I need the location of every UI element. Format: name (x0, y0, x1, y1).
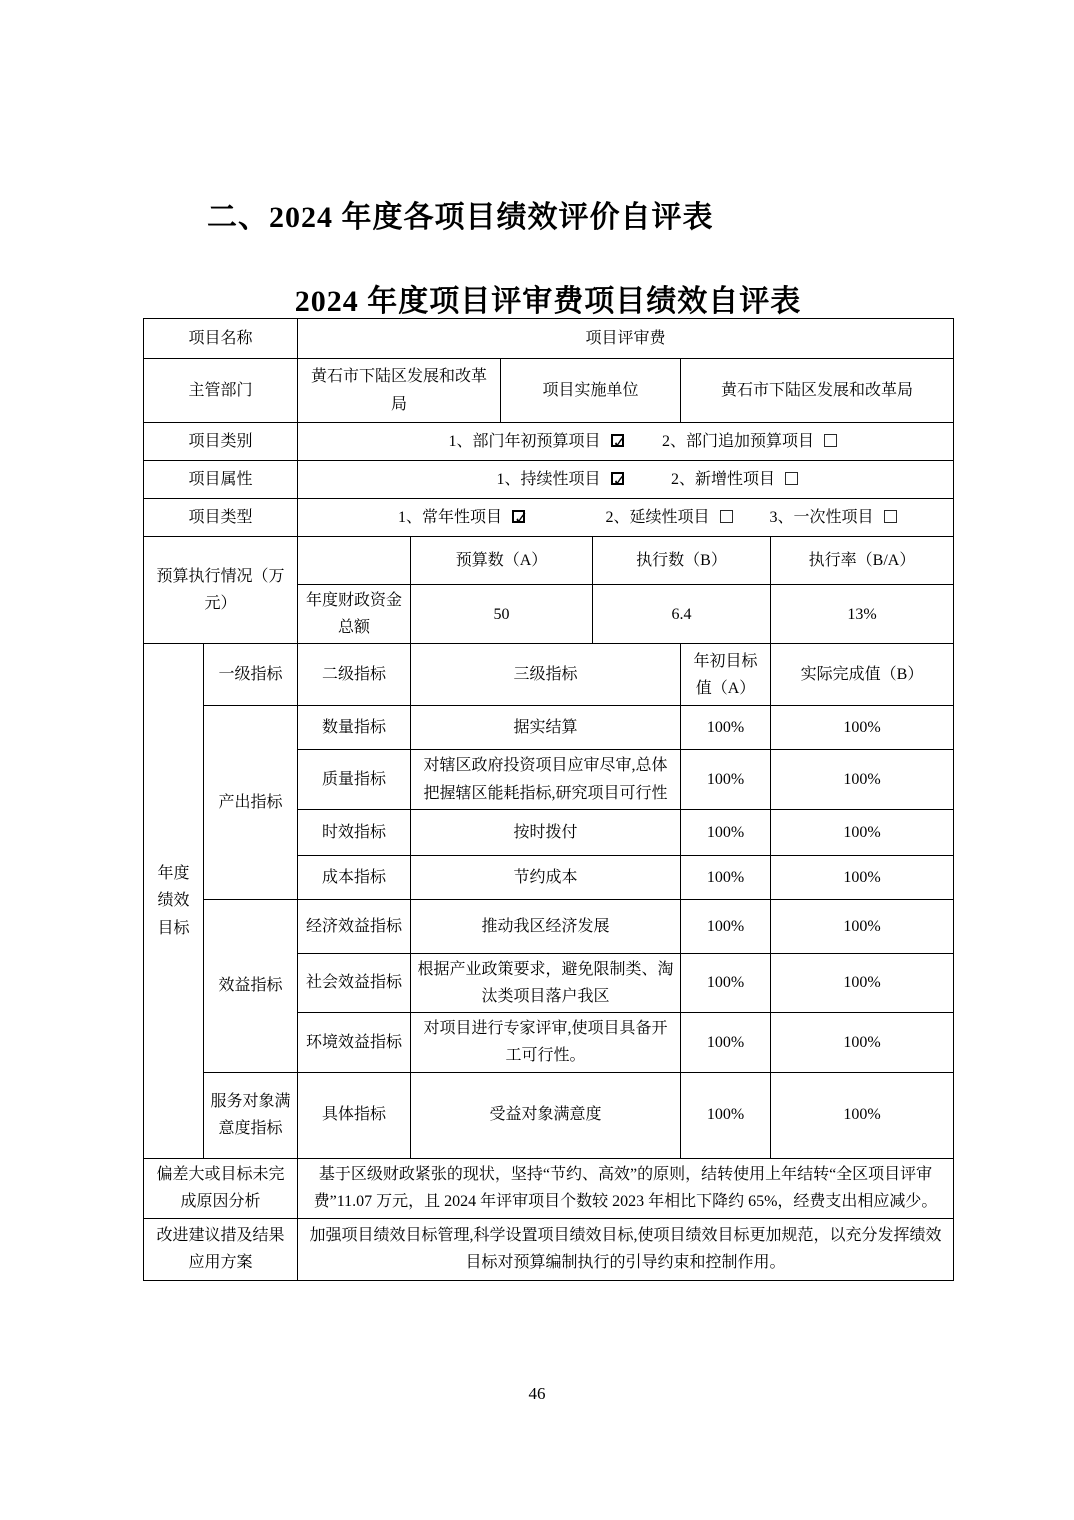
category-label: 项目类别 (144, 423, 298, 461)
indicator-target: 100% (681, 809, 771, 855)
indicator-target: 100% (681, 855, 771, 899)
header-target: 年初目标值（A） (681, 644, 771, 706)
group-satisfaction: 服务对象满意度指标 (204, 1072, 298, 1158)
budget-col-budget: 预算数（A） (411, 537, 593, 585)
checkbox-unchecked-icon (884, 510, 897, 523)
indicator-l3: 推动我区经济发展 (411, 899, 681, 953)
group-output: 产出指标 (204, 706, 298, 899)
indicator-actual: 100% (771, 855, 954, 899)
indicator-l2: 经济效益指标 (298, 899, 411, 953)
indicator-target: 100% (681, 706, 771, 750)
deviation-label: 偏差大或目标未完成原因分析 (144, 1158, 298, 1218)
attribute-label: 项目属性 (144, 461, 298, 499)
indicator-row: 产出指标 数量指标 据实结算 100% 100% (144, 706, 954, 750)
indicator-actual: 100% (771, 750, 954, 809)
indicator-l2: 质量指标 (298, 750, 411, 809)
category-option-1: 1、部门年初预算项目 (414, 428, 658, 455)
type-label: 项目类型 (144, 499, 298, 537)
indicator-target: 100% (681, 953, 771, 1012)
section-title: 二、2024 年度各项目绩效评价自评表 (207, 192, 714, 236)
checkbox-unchecked-icon (824, 434, 837, 447)
group-benefit: 效益指标 (204, 899, 298, 1072)
type-option-1: 1、常年性项目 (355, 504, 569, 531)
indicator-l3: 根据产业政策要求，避免限制类、淘汰类项目落户我区 (411, 953, 681, 1012)
deviation-text: 基于区级财政紧张的现状，坚持“节约、高效”的原则，结转使用上年结转“全区项目评审… (298, 1158, 954, 1218)
indicator-actual: 100% (771, 1013, 954, 1072)
checkbox-unchecked-icon (720, 510, 733, 523)
rate-value: 13% (771, 585, 954, 644)
indicator-actual: 100% (771, 809, 954, 855)
attribute-option-1: 1、持续性项目 (453, 466, 667, 493)
indicator-l3: 据实结算 (411, 706, 681, 750)
indicator-target: 100% (681, 899, 771, 953)
exec-value: 6.4 (593, 585, 771, 644)
attribute-option-2: 2、新增性项目 (671, 466, 798, 493)
indicator-l2: 社会效益指标 (298, 953, 411, 1012)
header-l3: 三级指标 (411, 644, 681, 706)
indicator-row: 服务对象满意度指标 具体指标 受益对象满意度 100% 100% (144, 1072, 954, 1158)
indicator-l3: 节约成本 (411, 855, 681, 899)
impl-unit-value: 黄石市下陆区发展和改革局 (681, 359, 954, 423)
budget-row-label: 年度财政资金总额 (298, 585, 411, 644)
attribute-options: 1、持续性项目 2、新增性项目 (298, 461, 954, 499)
indicator-l2: 成本指标 (298, 855, 411, 899)
improvement-text: 加强项目绩效目标管理,科学设置项目绩效目标,使项目绩效目标更加规范，以充分发挥绩… (298, 1218, 954, 1280)
type-options: 1、常年性项目 2、延续性项目 3、一次性项目 (298, 499, 954, 537)
indicator-l3: 对项目进行专家评审,使项目具备开工可行性。 (411, 1013, 681, 1072)
category-option-2: 2、部门追加预算项目 (662, 428, 837, 455)
indicator-row: 效益指标 经济效益指标 推动我区经济发展 100% 100% (144, 899, 954, 953)
indicator-l2: 时效指标 (298, 809, 411, 855)
checkbox-checked-icon (611, 434, 624, 447)
category-options: 1、部门年初预算项目 2、部门追加预算项目 (298, 423, 954, 461)
budget-empty-cell (298, 537, 411, 585)
header-l2: 二级指标 (298, 644, 411, 706)
indicator-actual: 100% (771, 899, 954, 953)
header-actual: 实际完成值（B） (771, 644, 954, 706)
indicator-l2: 具体指标 (298, 1072, 411, 1158)
project-name-value: 项目评审费 (298, 319, 954, 359)
budget-section-label: 预算执行情况（万元） (144, 537, 298, 644)
indicator-target: 100% (681, 1072, 771, 1158)
budget-value: 50 (411, 585, 593, 644)
dept-label: 主管部门 (144, 359, 298, 423)
indicator-target: 100% (681, 750, 771, 809)
type-option-2: 2、延续性项目 (573, 504, 766, 531)
page-number: 46 (0, 1384, 1074, 1404)
checkbox-checked-icon (512, 510, 525, 523)
indicator-l2: 数量指标 (298, 706, 411, 750)
indicator-actual: 100% (771, 1072, 954, 1158)
dept-value: 黄石市下陆区发展和改革局 (298, 359, 501, 423)
indicator-l2: 环境效益指标 (298, 1013, 411, 1072)
indicator-l3: 对辖区政府投资项目应审尽审,总体把握辖区能耗指标,研究项目可行性 (411, 750, 681, 809)
budget-col-exec: 执行数（B） (593, 537, 771, 585)
indicator-l3: 受益对象满意度 (411, 1072, 681, 1158)
annual-target-side-label: 年度绩效目标 (144, 644, 204, 1158)
document-page: 二、2024 年度各项目绩效评价自评表 2024 年度项目评审费项目绩效自评表 … (0, 0, 1074, 1520)
table-title: 2024 年度项目评审费项目绩效自评表 (143, 276, 953, 320)
indicator-actual: 100% (771, 953, 954, 1012)
indicator-l3: 按时拨付 (411, 809, 681, 855)
indicator-target: 100% (681, 1013, 771, 1072)
checkbox-unchecked-icon (785, 472, 798, 485)
self-evaluation-table: 项目名称 项目评审费 主管部门 黄石市下陆区发展和改革局 项目实施单位 黄石市下… (143, 318, 954, 1281)
indicator-actual: 100% (771, 706, 954, 750)
checkbox-checked-icon (611, 472, 624, 485)
impl-unit-label: 项目实施单位 (501, 359, 681, 423)
header-l1: 一级指标 (204, 644, 298, 706)
project-name-label: 项目名称 (144, 319, 298, 359)
type-option-3: 3、一次性项目 (770, 504, 897, 531)
improvement-label: 改进建议措及结果应用方案 (144, 1218, 298, 1280)
budget-col-rate: 执行率（B/A） (771, 537, 954, 585)
